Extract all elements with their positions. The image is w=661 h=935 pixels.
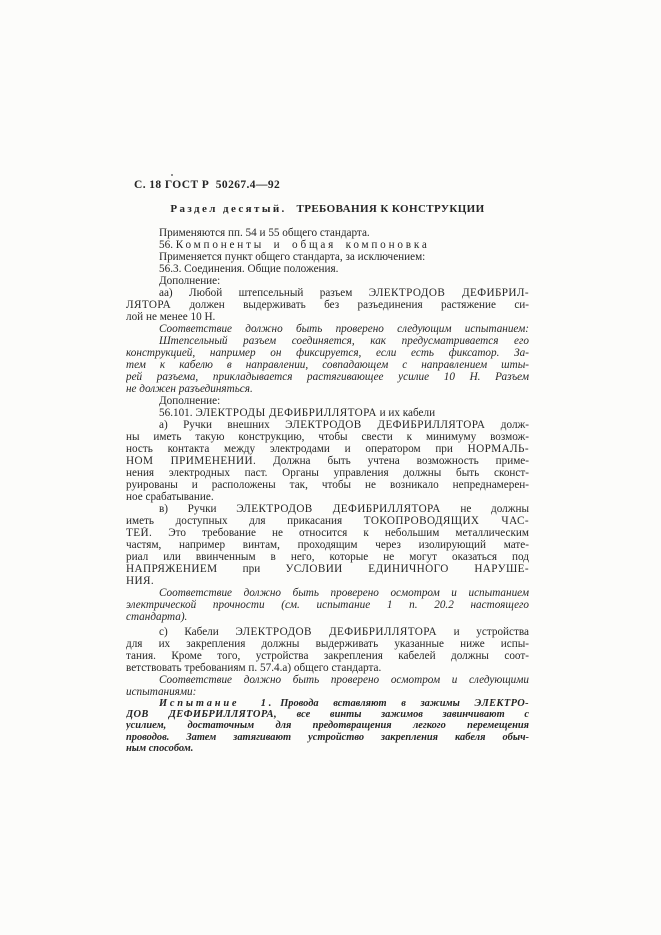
text-segment: электрической прочности (см. испытание 1… — [126, 599, 529, 611]
text-segment: стандарта). — [126, 611, 187, 623]
text-segment: Применяется пункт общего стандарта, за и… — [159, 251, 425, 263]
body-line: 56. Компоненты и общая компоновка — [126, 239, 529, 251]
body-line: тания. Кроме того, устройства закреплени… — [126, 650, 529, 662]
text-segment: частям, например винтам, проходящим чере… — [126, 539, 529, 551]
body-line: частям, например винтам, проходящим чере… — [126, 539, 529, 551]
body-line: тем к кабелю в направлении, совпадающем … — [126, 359, 529, 371]
document-page: С. 18 ГОСТ Р 50267.4—92 Раздел десятый. … — [0, 0, 661, 935]
defined-term: НИЯ. — [126, 575, 154, 587]
text-segment: должен выдерживать без разъединения раст… — [171, 299, 529, 311]
body-line: риал или ввинченным в него, которые не м… — [126, 551, 529, 563]
text-segment: долж- — [485, 419, 529, 431]
body-line: ность контакта между электродами и опера… — [126, 443, 529, 455]
body-line: Соответствие должно быть проверено осмот… — [126, 674, 529, 686]
body-line: 56.101. ЭЛЕКТРОДЫ ДЕФИБРИЛЛЯТОРА и их ка… — [126, 407, 529, 419]
text-segment: проводов. Затем затягивают устройство за… — [126, 732, 529, 743]
body-line: лой не менее 10 Н. — [126, 311, 529, 323]
body-line: не должен разъединяться. — [126, 383, 529, 395]
defined-term: ТОКОПРОВОДЯЩИХ ЧАС- — [364, 515, 529, 527]
text-segment: ность контакта между электродами и опера… — [126, 443, 468, 455]
defined-term: ЭЛЕКТРОДОВ ДЕФИБРИЛЛЯТОРА — [235, 626, 437, 638]
text-segment: ное срабатывание. — [126, 491, 214, 503]
body-line: нения электродных паст. Органы управлени… — [126, 467, 529, 479]
text-segment: Дополнение: — [159, 275, 220, 287]
text-segment: риал или ввинченным в него, которые не м… — [126, 551, 529, 563]
text-segment: Должна быть учтена возможность приме- — [256, 455, 529, 467]
text-segment: ны иметь такую конструкцию, чтобы свести… — [126, 431, 529, 443]
text-segment: 56.3. Соединения. Общие положения. — [159, 263, 338, 275]
body-line: Штепсельный разъем соединяется, как пред… — [126, 335, 529, 347]
body-line: усилием, достаточным для предотвращения … — [126, 720, 529, 731]
body-line: стандарта). — [126, 611, 529, 623]
defined-term: ЛЯТОРА — [126, 299, 171, 311]
body-line: а) Ручки внешних ЭЛЕКТРОДОВ ДЕФИБРИЛЛЯТО… — [126, 419, 529, 431]
page-header: С. 18 ГОСТ Р 50267.4—92 — [134, 179, 280, 191]
scan-speck — [171, 174, 173, 176]
text-segment: тания. Кроме того, устройства закреплени… — [126, 650, 529, 662]
defined-term: НАПРЯЖЕНИЕМ — [126, 563, 217, 575]
section-title: Раздел десятый. ТРЕБОВАНИЯ К КОНСТРУКЦИИ — [126, 203, 529, 215]
body-line: Соответствие должно быть проверено осмот… — [126, 587, 529, 599]
text-segment: Соответствие должно быть проверено осмот… — [159, 587, 529, 599]
text-segment: при — [217, 563, 285, 575]
body-line: с) Кабели ЭЛЕКТРОДОВ ДЕФИБРИЛЛЯТОРА и ус… — [126, 626, 529, 638]
body-line: НАПРЯЖЕНИЕМ при УСЛОВИИ ЕДИНИЧНОГО НАРУШ… — [126, 563, 529, 575]
body-line: ным способом. — [126, 743, 529, 754]
body-line: Дополнение: — [126, 275, 529, 287]
defined-term: ЭЛЕКТРОДОВ ДЕФИБРИЛЛЯТОРА — [236, 503, 441, 515]
text-segment: Применяются пп. 54 и 55 общего стандарта… — [159, 227, 370, 239]
body-line: конструкцией, например он фиксируется, е… — [126, 347, 529, 359]
text-segment: нения электродных паст. Органы управлени… — [126, 467, 529, 479]
body-line: НИЯ. — [126, 575, 529, 587]
text-segment: Штепсельный разъем соединяется, как пред… — [159, 335, 529, 347]
title-caption: ТРЕБОВАНИЯ К КОНСТРУКЦИИ — [296, 203, 484, 215]
text-segment: в) Ручки — [159, 503, 236, 515]
body-line: рей разъема, прикладывается растягивающе… — [126, 371, 529, 383]
body-line: НОМ ПРИМЕНЕНИИ. Должна быть учтена возмо… — [126, 455, 529, 467]
text-segment: испытаниями: — [126, 686, 196, 698]
body-line: в) Ручки ЭЛЕКТРОДОВ ДЕФИБРИЛЛЯТОРА не до… — [126, 503, 529, 515]
document-body: Применяются пп. 54 и 55 общего стандарта… — [126, 227, 529, 754]
body-line: 56.3. Соединения. Общие положения. — [126, 263, 529, 275]
title-section-label: Раздел десятый. — [170, 203, 286, 215]
text-segment: 56. — [159, 239, 176, 251]
defined-term: УСЛОВИИ ЕДИНИЧНОГО НАРУШЕ- — [285, 563, 529, 575]
defined-term: НОМ ПРИМЕНЕНИИ. — [126, 455, 256, 467]
text-segment: руированы и расположены так, чтобы не во… — [126, 479, 529, 491]
text-segment: все винты зажимов завинчивают с — [277, 709, 529, 720]
defined-term: ЭЛЕКТРОДОВ ДЕФИБРИЛ- — [369, 287, 529, 299]
body-line: Применяются пп. 54 и 55 общего стандарта… — [126, 227, 529, 239]
defined-term: ТЕЙ. — [126, 527, 152, 539]
body-line: ны иметь такую конструкцию, чтобы свести… — [126, 431, 529, 443]
body-line: для их закрепления должны выдерживать ук… — [126, 638, 529, 650]
defined-term: ЭЛЕКТРО- — [475, 698, 529, 709]
text-segment: Это требование не относится к небольшим … — [152, 527, 529, 539]
text-segment: ветствовать требованиям п. 57.4.а) общег… — [126, 662, 381, 674]
text-segment: и устройства — [437, 626, 529, 638]
body-line: Дополнение: — [126, 395, 529, 407]
text-segment: иметь доступных для прикасания — [126, 515, 364, 527]
text-segment: не должны — [441, 503, 529, 515]
defined-term: ЭЛЕКТРОДОВ ДЕФИБРИЛЛЯТОРА — [285, 419, 485, 431]
text-segment: Провода вставляют в зажимы — [280, 698, 474, 709]
body-line: проводов. Затем затягивают устройство за… — [126, 732, 529, 743]
text-segment: и их кабели — [377, 407, 435, 419]
text-segment: тем к кабелю в направлении, совпадающем … — [126, 359, 529, 371]
text-segment: Дополнение: — [159, 395, 220, 407]
body-line: электрической прочности (см. испытание 1… — [126, 599, 529, 611]
body-line: ное срабатывание. — [126, 491, 529, 503]
spaced-term: Компоненты и общая компоновка — [176, 239, 430, 251]
text-segment: 56.101. — [159, 407, 195, 419]
text-segment: аа) Любой штепсельный разъем — [159, 287, 369, 299]
text-segment: с) Кабели — [159, 626, 235, 638]
defined-term: НОРМАЛЬ- — [468, 443, 529, 455]
body-line: ЛЯТОРА должен выдерживать без разъединен… — [126, 299, 529, 311]
text-segment: рей разъема, прикладывается растягивающе… — [126, 371, 529, 383]
text-segment: Соответствие должно быть проверено осмот… — [159, 674, 529, 686]
body-line: Соответствие должно быть проверено следу… — [126, 323, 529, 335]
body-line: ТЕЙ. Это требование не относится к небол… — [126, 527, 529, 539]
text-segment: Соответствие должно быть проверено следу… — [159, 323, 529, 335]
body-line: руированы и расположены так, чтобы не во… — [126, 479, 529, 491]
text-segment: не должен разъединяться. — [126, 383, 253, 395]
defined-term: ДОВ ДЕФИБРИЛЛЯТОРА, — [126, 709, 277, 720]
body-line: иметь доступных для прикасания ТОКОПРОВО… — [126, 515, 529, 527]
defined-term: ЭЛЕКТРОДЫ ДЕФИБРИЛЛЯТОРА — [195, 407, 376, 419]
text-segment: усилием, достаточным для предотвращения … — [126, 720, 529, 731]
text-segment: лой не менее 10 Н. — [126, 311, 215, 323]
body-line: ДОВ ДЕФИБРИЛЛЯТОРА, все винты зажимов за… — [126, 709, 529, 720]
body-line: испытаниями: — [126, 686, 529, 698]
text-segment: для их закрепления должны выдерживать ук… — [126, 638, 529, 650]
body-line: Испытание 1.Провода вставляют в зажимы Э… — [126, 698, 529, 709]
body-line: аа) Любой штепсельный разъем ЭЛЕКТРОДОВ … — [126, 287, 529, 299]
spaced-term: Испытание 1. — [159, 698, 274, 709]
text-segment: ным способом. — [126, 743, 193, 754]
body-line: ветствовать требованиям п. 57.4.а) общег… — [126, 662, 529, 674]
text-segment: конструкцией, например он фиксируется, е… — [126, 347, 529, 359]
text-segment: а) Ручки внешних — [159, 419, 285, 431]
body-line: Применяется пункт общего стандарта, за и… — [126, 251, 529, 263]
